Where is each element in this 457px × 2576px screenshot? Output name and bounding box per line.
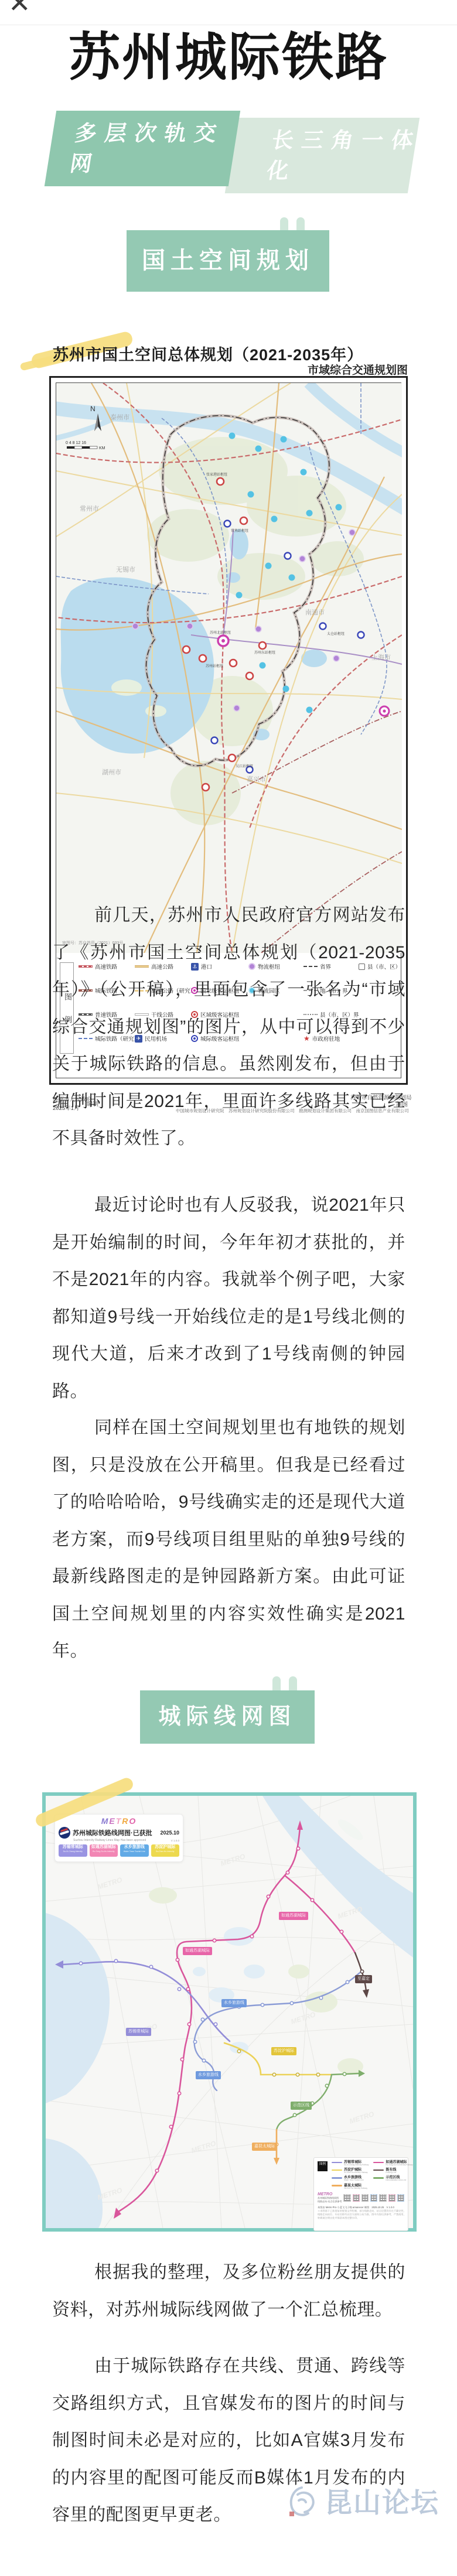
legend-en: Existing Line	[386, 2172, 412, 2174]
tag-multilevel-rail: 多层次轨交 网	[45, 111, 240, 186]
map2-disclaimer: 线路走向站位、车站名称均以官方最终公布为准，图中内容仅供参考，严禁商用，	[318, 2213, 404, 2216]
svg-text:苏州东站枢纽: 苏州东站枢纽	[254, 650, 275, 655]
logo-letter: R	[122, 1816, 129, 1826]
chip-en: Su-Xi-Chang Intercity	[59, 1850, 87, 1853]
line-chips: 苏锡常城际Su-Xi-Chang Intercity 如通苏湖城际Ru-Tong…	[59, 1844, 179, 1857]
legend-col: 如通苏湖城际Ru-Tong-Su-Hu Intercity Railway 既有…	[373, 2161, 412, 2189]
svg-text:湖州市: 湖州市	[102, 768, 121, 776]
paragraph: 最近讨论时也有人反驳我，说2021年只是开始编制的时间，今年年初才获批的，并不是…	[52, 1187, 405, 1410]
qr-code-icon	[370, 2194, 377, 2202]
map1-canvas: 苏州北站枢纽 苏州站枢纽 苏州东站枢纽 吴江站枢纽 常熟站枢纽 太仓站枢纽 张家…	[56, 383, 402, 953]
line-symbol	[332, 2162, 342, 2164]
section-badge-land-planning: 国土空间规划	[127, 230, 329, 292]
svg-text:嘉兴市: 嘉兴市	[247, 775, 266, 783]
logo-letter: M	[101, 1816, 110, 1826]
tag-line: 化	[265, 156, 414, 186]
suzhou-rail-logo-icon	[59, 1827, 70, 1839]
line-label: 水乡旅游线	[221, 1999, 247, 2007]
line-label: 苏淀沪城际	[271, 2047, 296, 2055]
map2-legend: 图例 苏锡常城际Su-Xi-Chang Intercity Railway 苏淀…	[313, 2157, 408, 2231]
line-symbol	[332, 2177, 342, 2179]
line-label: 如通苏湖城际	[183, 1947, 212, 1955]
forum-watermark: 昆山论坛	[285, 2481, 439, 2520]
chip-en: Ru-Tong-Su-Hu Intercity	[90, 1850, 118, 1853]
legend-col: 苏锡常城际Su-Xi-Chang Intercity Railway 苏淀沪城际…	[332, 2161, 369, 2189]
section-badge-intercity-network: 城际线网图	[140, 1690, 315, 1744]
intercity-network-map-image[interactable]: METRO METRO METRO METRO METRO METRO METR…	[42, 1792, 417, 2232]
page-title: 苏州城际铁路	[0, 27, 457, 88]
topbar-divider	[0, 25, 457, 25]
legend-item: 既有线Existing Line	[373, 2168, 412, 2174]
tag-line: 网	[68, 149, 234, 179]
line-symbol	[332, 2170, 342, 2171]
svg-text:常熟站枢纽: 常熟站枢纽	[231, 528, 248, 533]
svg-text:N: N	[90, 405, 96, 413]
watermark-text: 昆山论坛	[325, 2481, 439, 2520]
article-page: ✕ 苏州城际铁路 多层次轨交 网 长三角一体 化 国土空间规划 苏州市国土空间总…	[0, 0, 457, 2576]
close-icon[interactable]: ✕	[8, 0, 31, 16]
line-label: 嘉昆太城际	[252, 2143, 277, 2151]
line-label: 示范区线	[291, 2102, 312, 2110]
legend-item: 如通苏湖城际Ru-Tong-Su-Hu Intercity Railway	[373, 2161, 412, 2166]
map2-title: 苏州城际铁路线网图·已获批	[73, 1828, 152, 1837]
map1-heading: 苏州市国土空间总体规划（2021-2035年）	[53, 342, 363, 365]
legend-en: Demonstration Area Line	[386, 2179, 412, 2181]
chip-shuixiang: 水乡旅游线Water Town Tourist Line	[120, 1844, 149, 1857]
map2-meta-line: 本图由 Metro Pro·小蓝飞飞子晚·amanecer 制图 2025.10…	[318, 2206, 404, 2209]
svg-text:常州市: 常州市	[80, 504, 99, 513]
legend-tagline: 苏州城际铁路线网图	[318, 2196, 342, 2200]
chip-en: Water Town Tourist Line	[120, 1850, 149, 1853]
chip-rutongsuhu: 如通苏湖城际Ru-Tong-Su-Hu Intercity	[90, 1844, 118, 1857]
svg-text:泰州市: 泰州市	[110, 414, 129, 421]
metro-small-logo: METRO	[318, 2192, 342, 2196]
qr-code-icon	[397, 2194, 404, 2202]
line-symbol	[373, 2177, 384, 2179]
red-seal-icon	[289, 2512, 294, 2516]
svg-text:吴江站枢纽: 吴江站枢纽	[236, 764, 253, 768]
svg-text:0 4 8 12 16: 0 4 8 12 16	[66, 441, 86, 445]
line-label: 至嘉定	[355, 1975, 372, 1983]
svg-text:KM: KM	[99, 446, 105, 450]
map2-date: 2025.10	[160, 1830, 179, 1836]
svg-text:太仓站枢纽: 太仓站枢纽	[327, 631, 345, 636]
chip-label: 如通苏湖城际	[90, 1844, 118, 1850]
legend-en: Su-Dian-Hu Intercity Railway	[344, 2172, 369, 2174]
svg-text:苏州北站枢纽: 苏州北站枢纽	[210, 630, 231, 635]
line-symbol	[373, 2170, 384, 2171]
line-symbol	[332, 2185, 342, 2186]
chip-suxichang: 苏锡常城际Su-Xi-Chang Intercity	[59, 1844, 87, 1857]
qr-row: METRO 苏州城际铁路线网图 线路走向·站点仅供参考	[318, 2192, 404, 2203]
chip-label: 水乡旅游线	[120, 1844, 149, 1850]
svg-text:苏州站枢纽: 苏州站枢纽	[206, 664, 223, 668]
legend-en: Jia-Kun-Tai Intercity Railway	[344, 2188, 369, 2189]
line-label: 水乡旅游线	[196, 2071, 221, 2079]
svg-text:无锡市: 无锡市	[116, 565, 135, 573]
qr-code-icon	[353, 2194, 360, 2202]
logo-letter: E	[109, 1816, 115, 1826]
map2-info-card: METRO 苏州城际铁路线网图·已获批 2025.10 Suzhou Inter…	[54, 1814, 183, 1862]
map2-disclaimer: 转载请注明出处并保留本图完整水印。	[318, 2216, 404, 2220]
legend-en: Ru-Tong-Su-Hu Intercity Railway	[386, 2164, 412, 2166]
paragraph: 前几天，苏州市人民政府官方网站发布了《苏州市国土空间总体规划（2021-2035…	[52, 897, 405, 1157]
legend-en: Water Town Tourist Line	[344, 2179, 369, 2181]
chip-label: 苏锡常城际	[59, 1844, 87, 1850]
legend-item: 苏淀沪城际Su-Dian-Hu Intercity Railway	[332, 2168, 369, 2174]
svg-text:上海市: 上海市	[371, 653, 391, 661]
line-label: 如通苏湖城际	[279, 1912, 308, 1920]
chip-en: Su-Dian-Hu Intercity	[151, 1850, 180, 1853]
metro-logo-text: METRO	[59, 1817, 179, 1826]
svg-text:南通市: 南通市	[305, 609, 325, 616]
qr-code-icon	[361, 2194, 369, 2202]
chip-sudianhu: 苏淀沪城际Su-Dian-Hu Intercity	[151, 1844, 180, 1857]
qr-code-icon	[379, 2194, 386, 2202]
legend-en: Su-Xi-Chang Intercity Railway	[344, 2164, 369, 2166]
tag-yangtze-delta: 长三角一体 化	[225, 118, 420, 193]
line-symbol	[373, 2162, 384, 2164]
logo-letter: T	[116, 1816, 122, 1826]
svg-text:张家港站枢纽: 张家港站枢纽	[206, 472, 227, 477]
legend-item: 水乡旅游线Water Town Tourist Line	[332, 2176, 369, 2181]
line-label: 苏锡常城际	[126, 2028, 151, 2036]
legend-title-chip: 图例	[318, 2161, 328, 2171]
legend-item: 苏锡常城际Su-Xi-Chang Intercity Railway	[332, 2161, 369, 2166]
legend-tagline: 线路走向·站点仅供参考	[318, 2200, 342, 2203]
tag-line: 多层次轨交	[73, 118, 239, 149]
legend-item: 示范区线Demonstration Area Line	[373, 2176, 412, 2181]
qr-code-icon	[343, 2194, 350, 2202]
legend-item: 嘉昆太城际Jia-Kun-Tai Intercity Railway	[332, 2184, 369, 2189]
qr-code-icon	[388, 2194, 395, 2202]
paragraph: 同样在国土空间规划里也有地铁的规划图，只是没放在公开稿里。但我是已经看过了的哈哈…	[52, 1409, 405, 1670]
paragraph: 根据我的整理，及多位粉丝朋友提供的资料，对苏州城际线网做了一个汇总梳理。	[52, 2254, 405, 2328]
logo-letter: O	[129, 1816, 137, 1826]
tag-line: 长三角一体	[270, 125, 418, 156]
chip-label: 苏淀沪城际	[151, 1844, 180, 1850]
map2-disclaimer: ＊本图基于已获批复的规划文件绘制，部分线路走向、站点设置仍存在不确定性，	[318, 2209, 404, 2213]
